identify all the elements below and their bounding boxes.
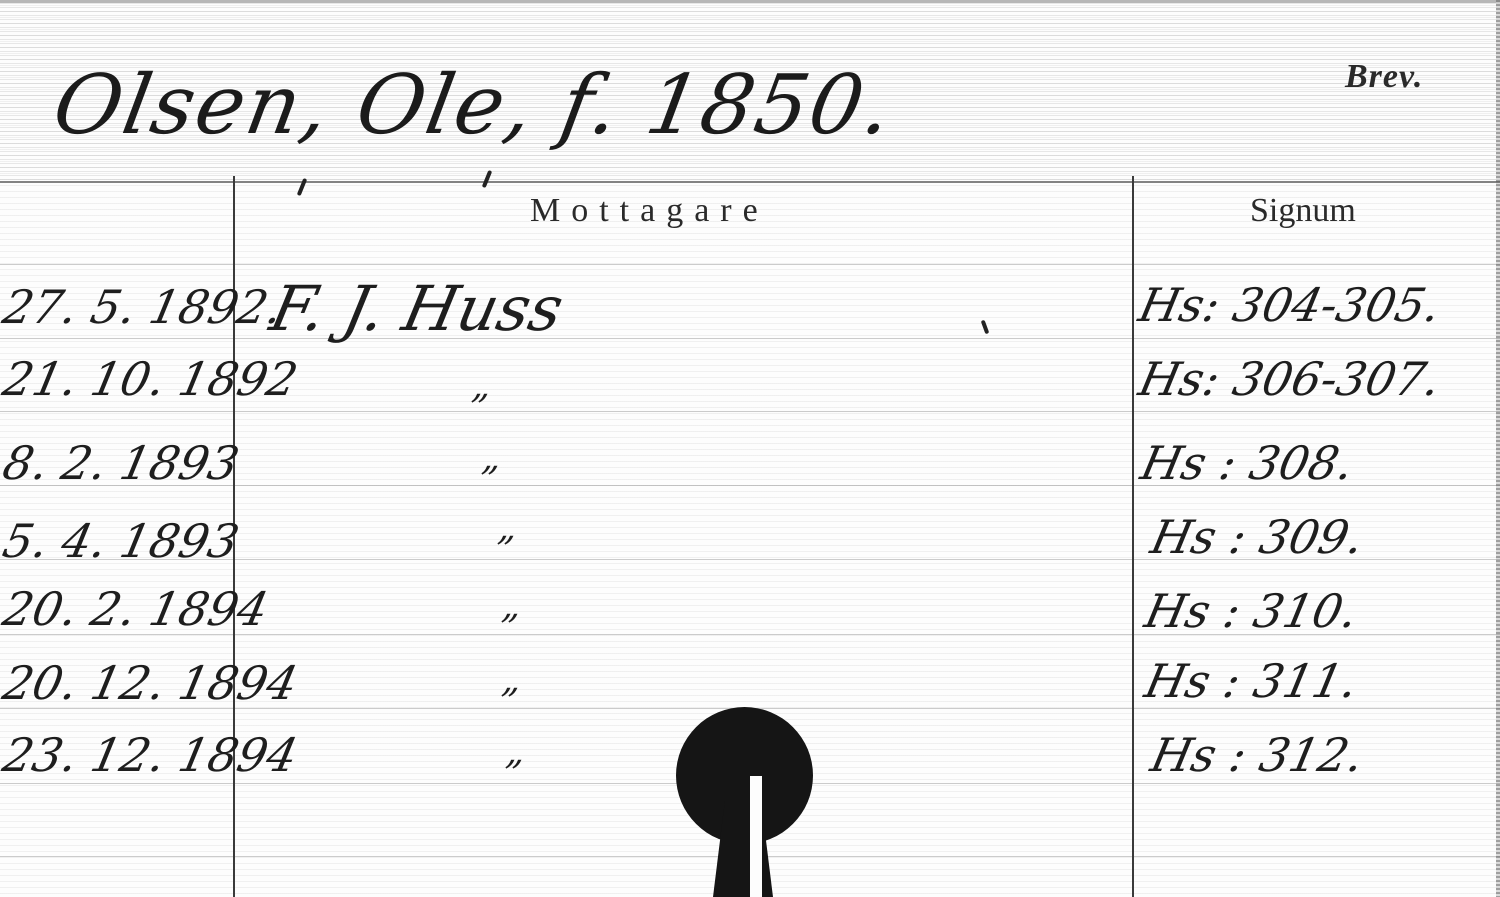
- entry-signum: Hs : 311.: [1140, 654, 1362, 708]
- index-card: Olsen, Ole, f. 1850. Brev. Mottagare Sig…: [0, 0, 1500, 897]
- entry-recipient-ditto: ”: [494, 682, 521, 723]
- column-divider-signum: [1132, 176, 1134, 897]
- entry-recipient-ditto: ”: [464, 388, 491, 429]
- entry-signum: Hs : 309.: [1146, 510, 1368, 564]
- ruled-line: [0, 338, 1500, 339]
- category-label: Brev.: [1345, 58, 1423, 96]
- punch-notch-highlight: [750, 776, 762, 897]
- entry-date: 21. 10. 1892: [0, 352, 302, 406]
- entry-signum: Hs : 312.: [1146, 728, 1368, 782]
- entry-date: 27. 5. 1892.: [0, 280, 288, 334]
- entry-recipient: F. J. Huss: [264, 272, 569, 345]
- card-title-handwritten: Olsen, Ole, f. 1850.: [47, 58, 901, 153]
- entry-date: 20. 2. 1894: [0, 582, 273, 636]
- entry-signum: Hs : 308.: [1136, 436, 1358, 490]
- entry-recipient-ditto: ”: [490, 530, 517, 571]
- column-header-recipient: Mottagare: [530, 192, 769, 230]
- entry-recipient-ditto: ”: [474, 460, 501, 501]
- pen-stroke: [981, 320, 990, 335]
- entry-recipient-ditto: ”: [498, 754, 525, 795]
- entry-recipient-ditto: ”: [494, 608, 521, 649]
- card-top-edge: [0, 0, 1500, 3]
- entry-signum: Hs: 306-307.: [1134, 352, 1445, 406]
- ruled-line: [0, 411, 1500, 412]
- entry-signum: Hs : 310.: [1140, 584, 1362, 638]
- card-right-edge: [1496, 0, 1500, 897]
- entry-date: 23. 12. 1894: [0, 728, 302, 782]
- column-header-signum: Signum: [1250, 192, 1356, 230]
- entry-date: 20. 12. 1894: [0, 656, 302, 710]
- ruled-line: [0, 264, 1500, 265]
- header-rule: [0, 181, 1500, 183]
- entry-date: 5. 4. 1893: [0, 514, 244, 568]
- entry-date: 8. 2. 1893: [0, 436, 244, 490]
- entry-signum: Hs: 304-305.: [1134, 278, 1445, 332]
